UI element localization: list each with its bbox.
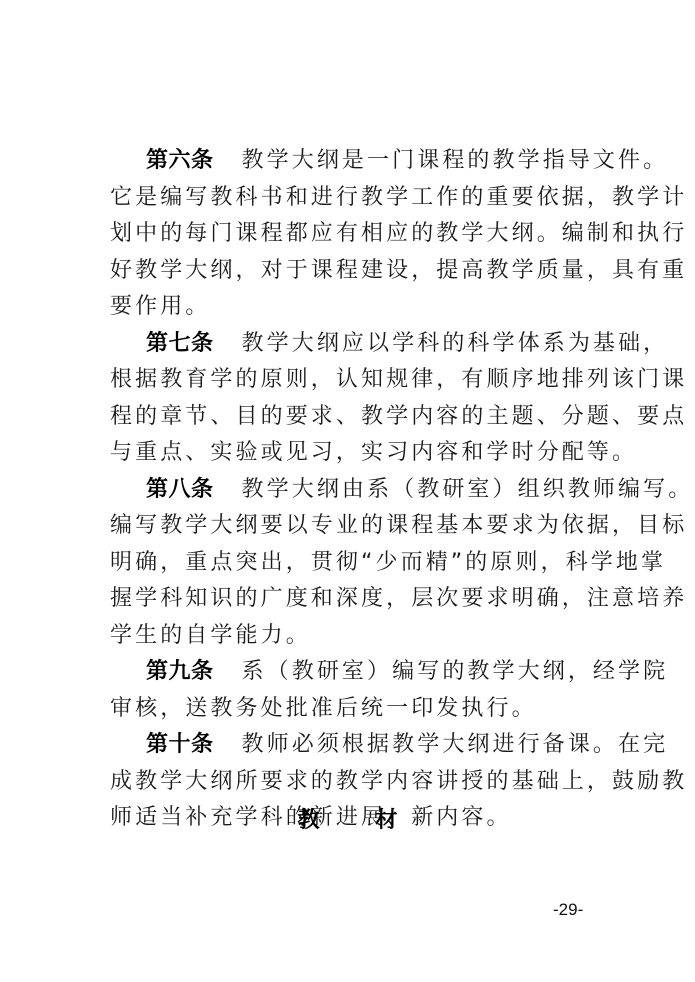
paragraph-line: 与重点、实验或见习，实习内容和学时分配等。	[110, 435, 596, 472]
article-heading: 第八条	[146, 477, 214, 502]
paragraph-line: 要作用。	[110, 289, 596, 326]
article-6: 第六条教学大纲是一门课程的教学指导文件。 它是编写教科书和进行教学工作的重要依据…	[110, 143, 596, 326]
paragraph-line: 握学科知识的广度和深度，层次要求明确，注意培养	[110, 581, 596, 618]
article-8: 第八条教学大纲由系（教研室）组织教师编写。 编写教学大纲要以专业的课程基本要求为…	[110, 472, 596, 655]
article-heading: 第十条	[146, 732, 214, 757]
page-number: -29-	[553, 900, 583, 920]
paragraph-line: 第八条教学大纲由系（教研室）组织教师编写。	[110, 472, 596, 509]
article-heading: 第九条	[146, 659, 214, 684]
paragraph-line: 好教学大纲，对于课程建设，提高教学质量，具有重	[110, 253, 596, 290]
paragraph-line: 编写教学大纲要以专业的课程基本要求为依据，目标	[110, 508, 596, 545]
article-9: 第九条系（教研室）编写的教学大纲，经学院 审核，送教务处批准后统一印发执行。	[110, 654, 596, 727]
paragraph-line: 第九条系（教研室）编写的教学大纲，经学院	[110, 654, 596, 691]
paragraph-line: 第十条教师必须根据教学大纲进行备课。在完	[110, 727, 596, 764]
paragraph-line: 审核，送教务处批准后统一印发执行。	[110, 691, 596, 728]
document-page: 第六条教学大纲是一门课程的教学指导文件。 它是编写教科书和进行教学工作的重要依据…	[0, 0, 695, 982]
paragraph-line: 程的章节、目的要求、教学内容的主题、分题、要点	[110, 399, 596, 436]
article-7: 第七条教学大纲应以学科的科学体系为基础， 根据教育学的原则，认知规律，有顺序地排…	[110, 326, 596, 472]
paragraph-line: 学生的自学能力。	[110, 618, 596, 655]
paragraph-line: 明确，重点突出，贯彻“少而精”的原则，科学地掌	[110, 545, 596, 582]
paragraph-line: 成教学大纲所要求的教学内容讲授的基础上，鼓励教	[110, 764, 596, 801]
document-body: 第六条教学大纲是一门课程的教学指导文件。 它是编写教科书和进行教学工作的重要依据…	[110, 143, 596, 837]
paragraph-line: 第六条教学大纲是一门课程的教学指导文件。	[110, 143, 596, 180]
paragraph-line: 划中的每门课程都应有相应的教学大纲。编制和执行	[110, 216, 596, 253]
article-heading: 第七条	[146, 331, 214, 356]
article-heading: 第六条	[146, 148, 214, 173]
section-title: 教材	[0, 803, 695, 834]
paragraph-line: 第七条教学大纲应以学科的科学体系为基础，	[110, 326, 596, 363]
paragraph-line: 根据教育学的原则，认知规律，有顺序地排列该门课	[110, 362, 596, 399]
paragraph-line: 它是编写教科书和进行教学工作的重要依据，教学计	[110, 180, 596, 217]
